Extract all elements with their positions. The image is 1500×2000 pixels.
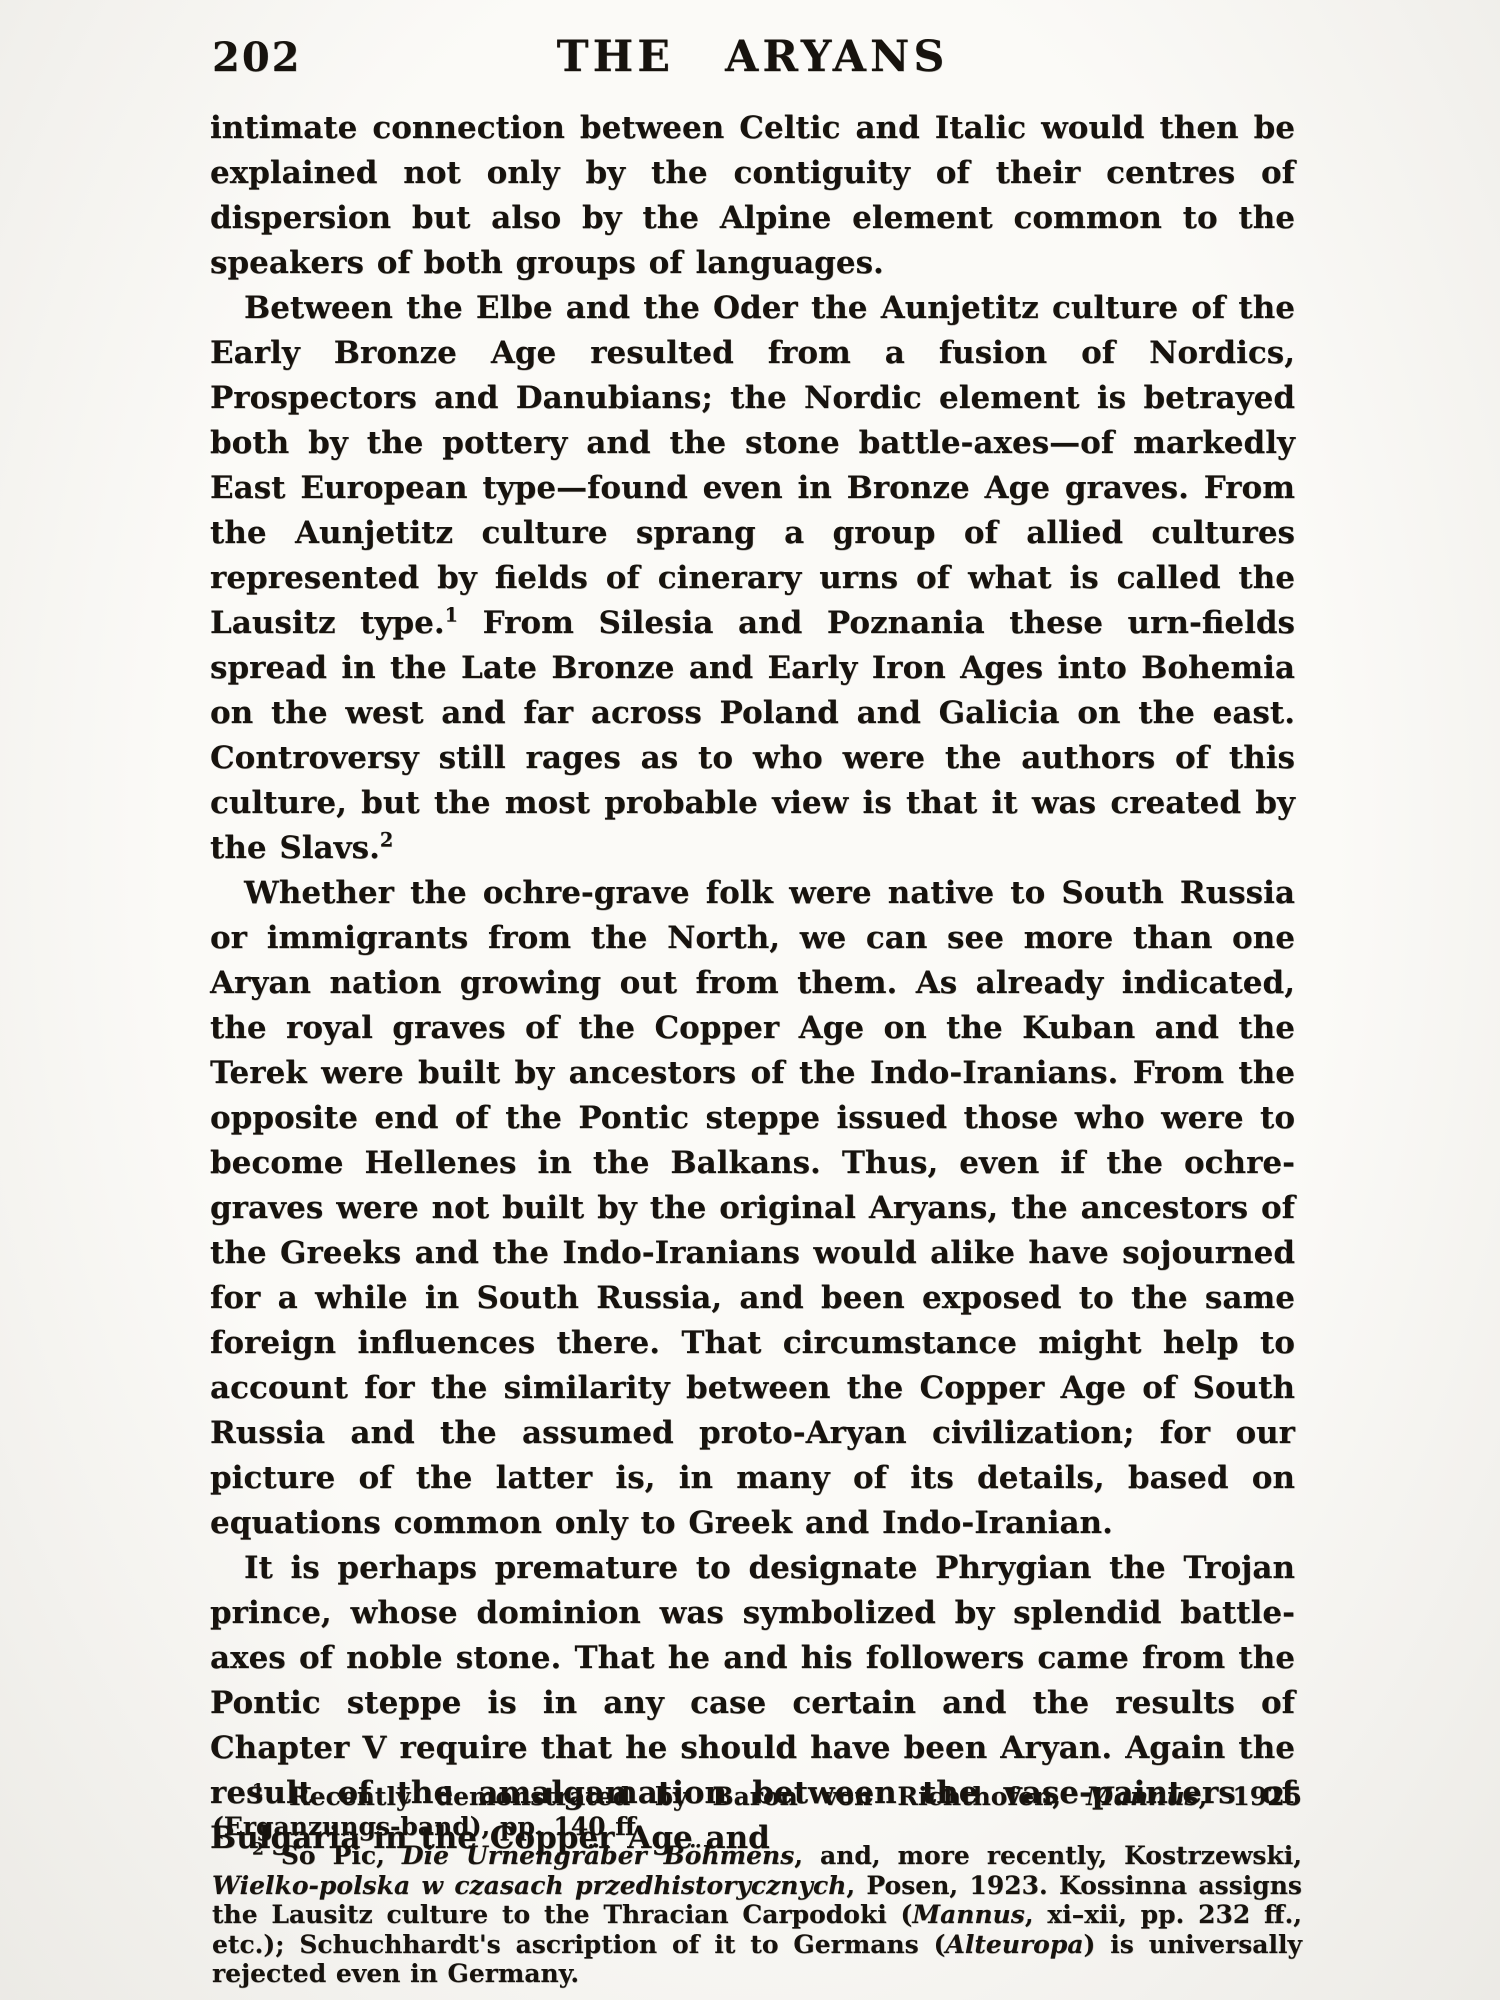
page-number: 202 bbox=[212, 38, 302, 78]
paragraph-2-text-a: Between the Elbe and the Oder the Aunjet… bbox=[210, 290, 1295, 641]
footnote-1-citation: Mannus bbox=[1086, 1782, 1198, 1811]
paragraph-3: Whether the ochre-grave folk were native… bbox=[210, 871, 1295, 1546]
footnote-1-marker: 1 bbox=[252, 1781, 264, 1801]
footnote-ref-1: 1 bbox=[445, 604, 458, 627]
paragraph-2: Between the Elbe and the Oder the Aunjet… bbox=[210, 286, 1295, 871]
page-header: 202 THE ARYANS bbox=[210, 36, 1295, 84]
paragraph-2-text-b: From Silesia and Poznania these urn-fiel… bbox=[210, 605, 1295, 866]
footnote-2-marker: 2 bbox=[252, 1840, 264, 1860]
footnote-2-citation-c: Mannus bbox=[912, 1900, 1024, 1929]
footnote-1: 1 Recently demonstrated by Baron von Ric… bbox=[212, 1782, 1302, 1841]
book-page: 202 THE ARYANS intimate connection betwe… bbox=[0, 0, 1500, 2000]
footnote-2-citation-d: Alteuropa bbox=[945, 1930, 1083, 1959]
paragraph-1: intimate connection between Celtic and I… bbox=[210, 106, 1295, 286]
running-title: THE ARYANS bbox=[210, 36, 1295, 79]
footnote-2-text-b: , and, more recently, Kostrzewski, bbox=[794, 1841, 1302, 1870]
footnote-2-citation-a: Die Urnengräber Böhmens bbox=[402, 1841, 794, 1870]
footnotes-section: 1 Recently demonstrated by Baron von Ric… bbox=[212, 1782, 1302, 1989]
footnote-1-text-a: Recently demonstrated by Baron von Richt… bbox=[264, 1782, 1086, 1811]
page-body: intimate connection between Celtic and I… bbox=[210, 106, 1295, 1861]
footnote-2: 2 So Pic, Die Urnengräber Böhmens, and, … bbox=[212, 1841, 1302, 1989]
footnote-2-text-a: So Pic, bbox=[264, 1841, 402, 1870]
footnote-ref-2: 2 bbox=[380, 829, 393, 852]
footnote-2-citation-b: Wielko-polska w czasach przedhistoryczny… bbox=[212, 1871, 846, 1900]
